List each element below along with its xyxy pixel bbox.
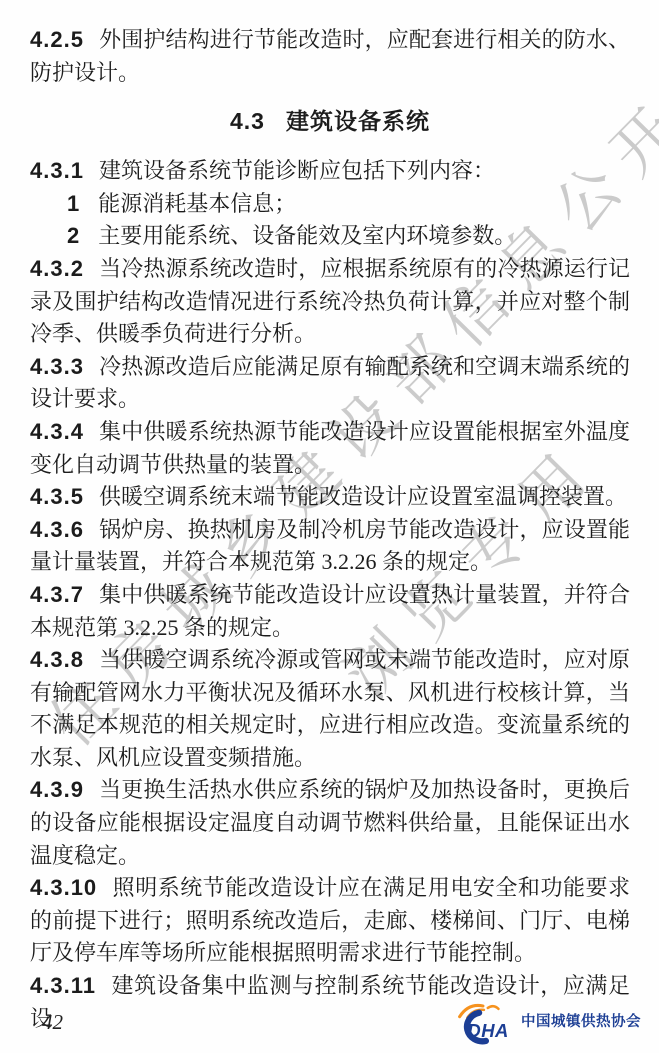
list-item-number: 2: [67, 223, 79, 248]
clause-4-3-10: 4.3.10照明系统节能改造设计应在满足用电安全和功能要求的前提下进行；照明系统…: [30, 872, 630, 970]
section-title: 建筑设备系统: [286, 108, 430, 134]
section-number: 4.3: [230, 108, 265, 134]
clause-text: 当冷热源系统改造时，应根据系统原有的冷热源运行记录及围护结构改造情况进行系统冷热…: [30, 256, 630, 346]
clause-4-3-2: 4.3.2当冷热源系统改造时，应根据系统原有的冷热源运行记录及围护结构改造情况进…: [30, 253, 630, 351]
list-item-1: 1能源消耗基本信息；: [30, 188, 630, 221]
clause-number: 4.3.7: [30, 582, 84, 607]
clause-number: 4.3.4: [30, 419, 84, 444]
clause-4-3-6: 4.3.6锅炉房、换热机房及制冷机房节能改造设计，应设置能量计量装置，并符合本规…: [30, 514, 630, 579]
clause-text: 当更换生活热水供应系统的锅炉及加热设备时，更换后的设备应能根据设定温度自动调节燃…: [30, 777, 630, 867]
clause-4-3-8: 4.3.8当供暖空调系统冷源或管网或末端节能改造时，应对原有输配管网水力平衡状况…: [30, 644, 630, 774]
clause-number: 4.3.11: [30, 973, 96, 998]
clause-number: 4.3.8: [30, 647, 84, 672]
clause-number: 4.2.5: [30, 27, 84, 52]
list-item-text: 能源消耗基本信息；: [98, 191, 296, 216]
clause-4-3-3: 4.3.3冷热源改造后应能满足原有输配系统和空调末端系统的设计要求。: [30, 351, 630, 416]
clause-4-3-9: 4.3.9当更换生活热水供应系统的锅炉及加热设备时，更换后的设备应能根据设定温度…: [30, 774, 630, 872]
clause-number: 4.3.2: [30, 256, 84, 281]
clause-4-3-4: 4.3.4集中供暖系统热源节能改造设计应设置能根据室外温度变化自动调节供热量的装…: [30, 416, 630, 481]
clause-4-2-5: 4.2.5外围护结构进行节能改造时，应配套进行相关的防水、防护设计。: [30, 24, 630, 89]
dha-logo-icon: DHA: [447, 1000, 515, 1045]
clause-number: 4.3.6: [30, 517, 84, 542]
clause-text: 当供暖空调系统冷源或管网或末端节能改造时，应对原有输配管网水力平衡状况及循环水泵…: [30, 647, 630, 770]
clause-4-3-7: 4.3.7集中供暖系统节能改造设计应设置热计量装置，并符合本规范第 3.2.25…: [30, 579, 630, 644]
clause-number: 4.3.1: [30, 158, 84, 183]
dha-association-logo: DHA 中国城镇供热协会: [447, 1000, 641, 1045]
clause-text: 集中供暖系统节能改造设计应设置热计量装置，并符合本规范第 3.2.25 条的规定…: [30, 582, 630, 640]
clause-number: 4.3.3: [30, 354, 84, 379]
clause-number: 4.3.5: [30, 484, 84, 509]
document-page: 住房城乡建设部信息公开 浏览专用 4.2.5外围护结构进行节能改造时，应配套进行…: [0, 0, 659, 1053]
clause-text: 锅炉房、换热机房及制冷机房节能改造设计，应设置能量计量装置，并符合本规范第 3.…: [30, 517, 630, 575]
clause-4-3-1: 4.3.1建筑设备系统节能诊断应包括下列内容：: [30, 155, 630, 188]
clause-text: 外围护结构进行节能改造时，应配套进行相关的防水、防护设计。: [30, 27, 630, 85]
list-item-text: 主要用能系统、设备能效及室内环境参数。: [98, 223, 516, 248]
association-name: 中国城镇供热协会: [521, 1010, 641, 1031]
clause-number: 4.3.10: [30, 875, 97, 900]
clause-4-3-5: 4.3.5供暖空调系统末端节能改造设计应设置室温调控装置。: [30, 481, 630, 514]
clause-text: 冷热源改造后应能满足原有输配系统和空调末端系统的设计要求。: [30, 354, 630, 412]
clause-text: 建筑设备系统节能诊断应包括下列内容：: [99, 158, 495, 183]
clause-text: 照明系统节能改造设计应在满足用电安全和功能要求的前提下进行；照明系统改造后，走廊…: [30, 875, 630, 965]
page-number: 42: [42, 1010, 63, 1035]
clause-number: 4.3.9: [30, 777, 84, 802]
list-item-2: 2主要用能系统、设备能效及室内环境参数。: [30, 220, 630, 253]
clause-text: 供暖空调系统末端节能改造设计应设置室温调控装置。: [99, 484, 627, 509]
document-body: 4.2.5外围护结构进行节能改造时，应配套进行相关的防水、防护设计。 4.3建筑…: [30, 24, 630, 1035]
list-item-number: 1: [67, 191, 79, 216]
dha-abbr-text: DHA: [467, 1020, 508, 1041]
section-heading: 4.3建筑设备系统: [30, 105, 630, 138]
clause-text: 集中供暖系统热源节能改造设计应设置能根据室外温度变化自动调节供热量的装置。: [30, 419, 630, 477]
